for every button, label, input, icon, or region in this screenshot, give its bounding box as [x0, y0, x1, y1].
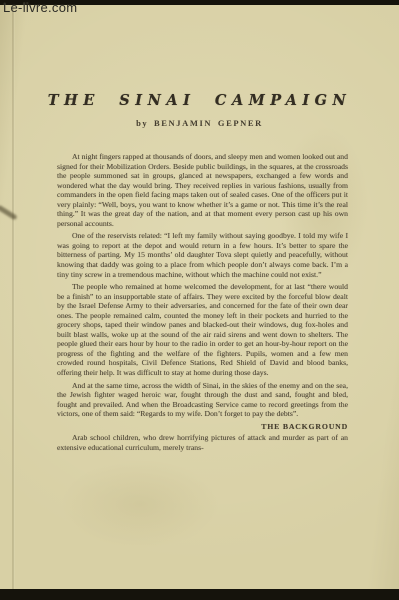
- section-heading: THE BACKGROUND: [57, 422, 348, 432]
- watermark-text: Le-livre.com: [3, 0, 77, 15]
- ink-smudge: [0, 205, 18, 221]
- body-text-column: At night fingers rapped at thousands of …: [57, 152, 348, 455]
- scanned-book-page: Le-livre.com THE SINAI CAMPAIGN by BENJA…: [0, 0, 399, 600]
- paper-stain: [60, 459, 220, 549]
- paragraph: The people who remained at home welcomed…: [57, 282, 348, 377]
- paragraph: One of the reservists related: “I left m…: [57, 231, 348, 279]
- paragraph: And at the same time, across the width o…: [57, 381, 348, 419]
- paragraph: At night fingers rapped at thousands of …: [57, 152, 348, 228]
- page-fold-crease: [12, 5, 15, 589]
- paragraph: Arab school children, who drew horrifyin…: [57, 433, 348, 452]
- chapter-title: THE SINAI CAMPAIGN: [0, 92, 399, 109]
- paper-sheet: THE SINAI CAMPAIGN by BENJAMIN GEPNER At…: [0, 5, 399, 589]
